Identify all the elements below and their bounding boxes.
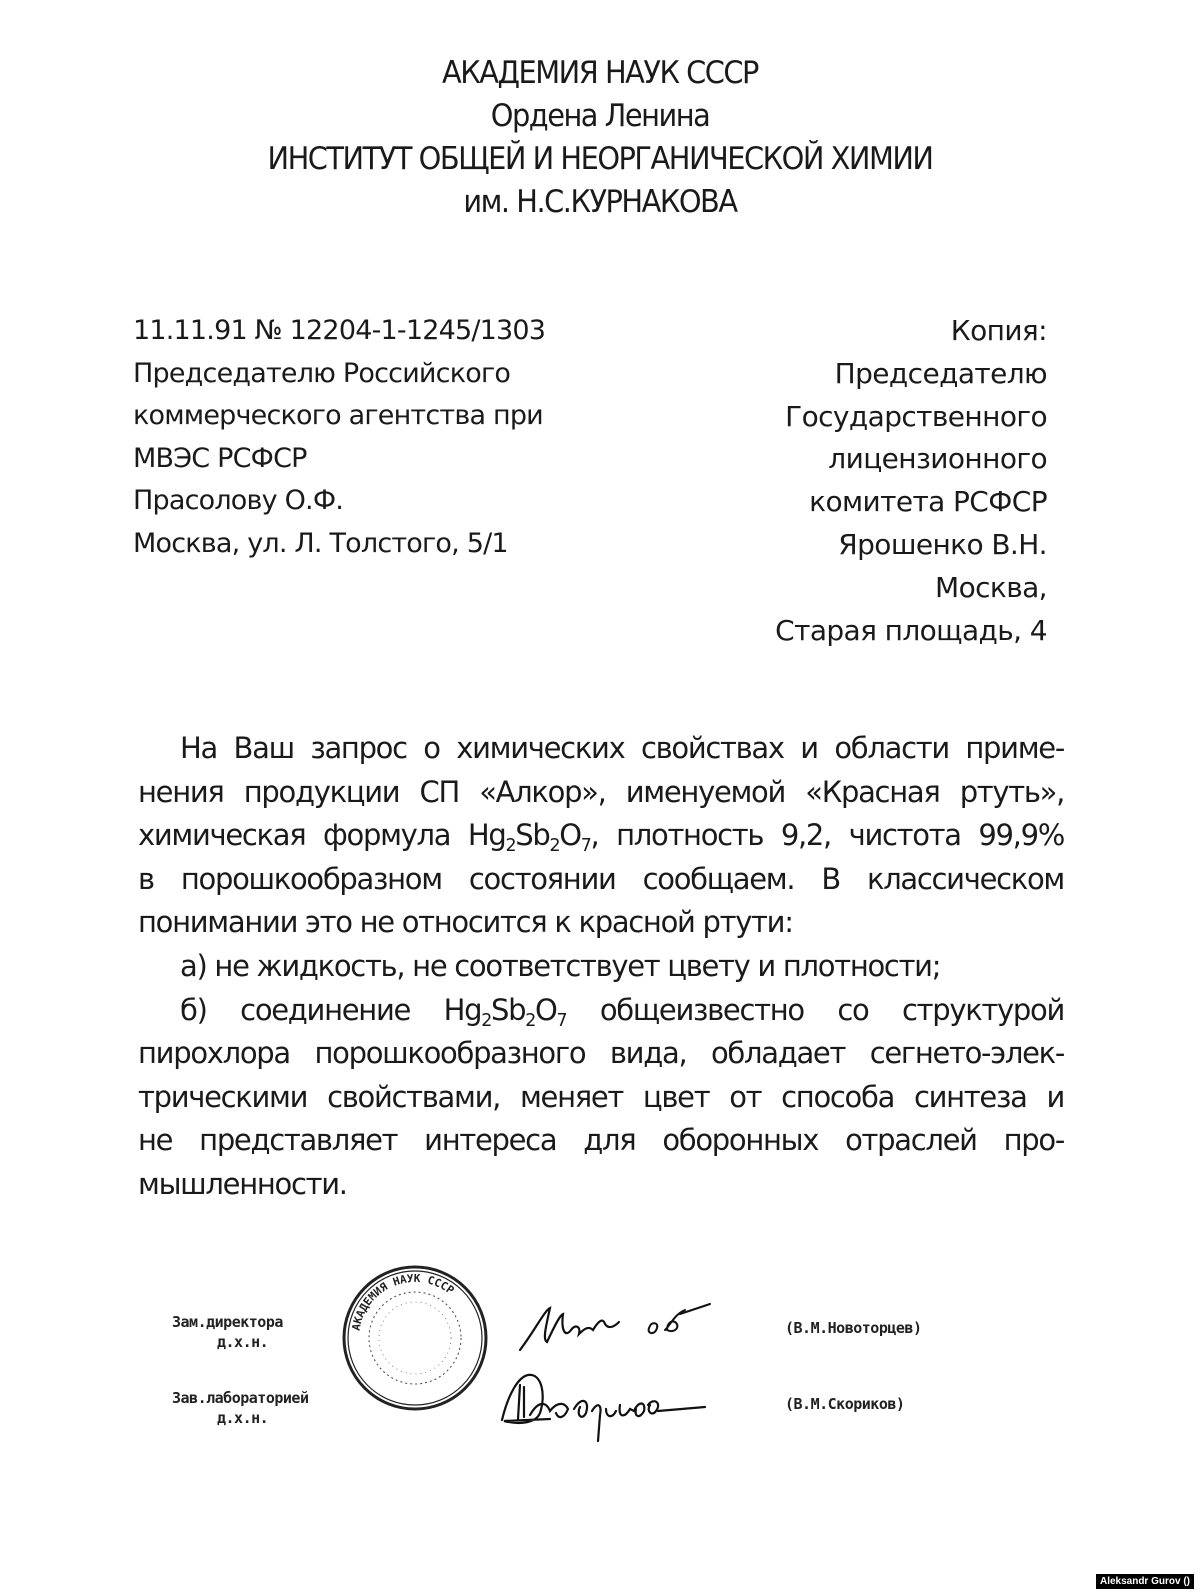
copy-line: комитета РСФСР xyxy=(775,481,1047,524)
academy-name: АКАДЕМИЯ НАУК СССР xyxy=(42,52,1158,95)
handwritten-signature-icon xyxy=(490,1365,720,1445)
copy-to-block: Копия: Председателю Государственного лиц… xyxy=(775,310,1047,652)
text: химическая формула Hg xyxy=(138,818,506,852)
copy-city: Москва, xyxy=(775,567,1047,610)
signatory-degree: д.х.н. xyxy=(172,1408,309,1428)
stamp-text: АКАДЕМИЯ НАУК СССР xyxy=(350,1272,457,1332)
subscript: 7 xyxy=(557,1011,567,1031)
copy-line: Государственного xyxy=(775,396,1047,439)
signature-block-deputy-director: Зам.директора д.х.н. xyxy=(172,1312,283,1352)
signatory-name: (В.М.Скориков) xyxy=(785,1394,904,1414)
body-line: На Ваш запрос о химических свойствах и о… xyxy=(138,727,1064,771)
text: общеизвестно со структурой xyxy=(566,993,1064,1027)
text: , плотность 9,2, чистота 99,9% xyxy=(591,818,1064,852)
subscript: 7 xyxy=(581,836,591,856)
copy-line: лицензионного xyxy=(775,438,1047,481)
text: Sb xyxy=(515,818,549,852)
letterhead: АКАДЕМИЯ НАУК СССР Ордена Ленина ИНСТИТУ… xyxy=(42,52,1158,224)
institute-name: ИНСТИТУТ ОБЩЕЙ И НЕОРГАНИЧЕСКОЙ ХИМИИ xyxy=(42,138,1158,181)
signatory-title: Зав.лабораторией xyxy=(172,1389,309,1407)
text: Sb xyxy=(491,993,525,1027)
subscript: 2 xyxy=(506,836,516,856)
order-line: Ордена Ленина xyxy=(42,95,1158,138)
signatory-title: Зам.директора xyxy=(172,1313,283,1331)
recipient-line: Председателю Российского xyxy=(133,353,545,396)
body-line: трическими свойствами, меняет цвет от сп… xyxy=(138,1076,1064,1120)
date-reference-number: 11.11.91 № 12204-1-1245/1303 xyxy=(133,310,545,353)
recipient-address: Москва, ул. Л. Толстого, 5/1 xyxy=(133,523,545,566)
svg-text:АКАДЕМИЯ НАУК СССР: АКАДЕМИЯ НАУК СССР xyxy=(350,1272,457,1332)
body-line: понимании это не относится к красной рту… xyxy=(138,901,1064,945)
copy-address: Старая площадь, 4 xyxy=(775,610,1047,653)
signatory-degree: д.х.н. xyxy=(172,1332,283,1352)
official-stamp-icon: АКАДЕМИЯ НАУК СССР xyxy=(340,1263,490,1413)
body-line: пирохлора порошкообразного вида, обладае… xyxy=(138,1032,1064,1076)
copy-label: Копия: xyxy=(775,310,1047,353)
list-item-a: а) не жидкость, не соответствует цвету и… xyxy=(138,945,1064,989)
body-line: в порошкообразном состоянии сообщаем. В … xyxy=(138,858,1064,902)
body-line: нения продукции СП «Алкор», именуемой «К… xyxy=(138,771,1064,815)
recipient-name: Прасолову О.Ф. xyxy=(133,480,545,523)
copy-name: Ярошенко В.Н. xyxy=(775,524,1047,567)
text: O xyxy=(535,993,557,1027)
signature-block-lab-head: Зав.лабораторией д.х.н. xyxy=(172,1388,309,1428)
body-line: не представляет интереса для оборонных о… xyxy=(138,1119,1064,1163)
institute-namesake: им. Н.С.КУРНАКОВА xyxy=(42,181,1158,224)
subscript: 2 xyxy=(549,836,559,856)
text: O xyxy=(559,818,581,852)
list-item-b: б) соединение Hg2Sb2O7 общеизвестно со с… xyxy=(138,989,1064,1033)
subscript: 2 xyxy=(525,1011,535,1031)
body-line: мышленности. xyxy=(138,1163,1064,1207)
text: б) соединение Hg xyxy=(180,993,481,1027)
body-line-formula: химическая формула Hg2Sb2O7, плотность 9… xyxy=(138,814,1064,858)
letter-body: На Ваш запрос о химических свойствах и о… xyxy=(138,727,1064,1207)
recipient-line: коммерческого агентства при xyxy=(133,395,545,438)
signatory-name: (В.М.Новоторцев) xyxy=(785,1318,922,1338)
subscript: 2 xyxy=(481,1011,491,1031)
handwritten-signature-icon xyxy=(515,1300,725,1360)
recipient-block: 11.11.91 № 12204-1-1245/1303 Председател… xyxy=(133,310,545,565)
photo-credit: Aleksandr Gurov () xyxy=(1096,1574,1194,1589)
recipient-line: МВЭС РСФСР xyxy=(133,438,545,481)
copy-line: Председателю xyxy=(775,353,1047,396)
